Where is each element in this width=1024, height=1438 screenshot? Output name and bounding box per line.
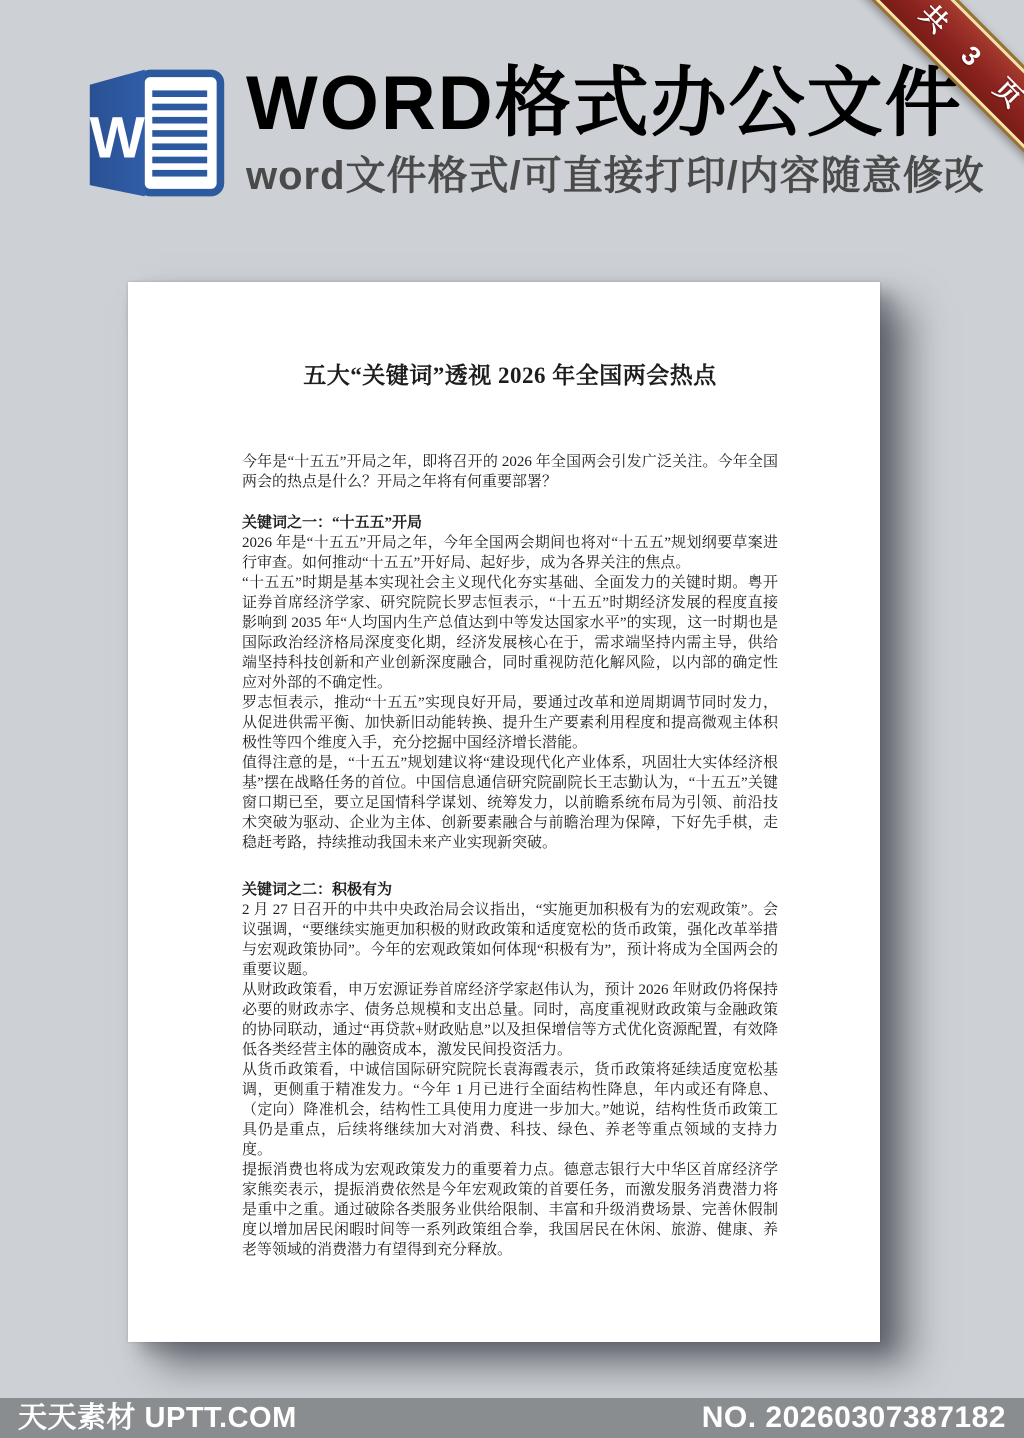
document-page: 五大“关键词”透视 2026 年全国两会热点 今年是“十五五”开局之年，即将召开… — [128, 282, 880, 1342]
site-name: 天天素材 UPTT.COM — [18, 1404, 297, 1433]
word-logo-icon: W — [86, 58, 228, 208]
section-keyword-1: 关键词之一：“十五五”开局 2026 年是“十五五”开局之年，今年全国两会期间也… — [242, 513, 778, 853]
serial-number: NO. 20260307387182 — [702, 1403, 1006, 1433]
section-2-paragraph-2: 从财政政策看，申万宏源证券首席经济学家赵伟认为，预计 2026 年财政仍将保持必… — [242, 980, 778, 1060]
section-2-paragraph-1: 2 月 27 日召开的中共中央政治局会议指出，“实施更加积极有为的宏观政策”。会… — [242, 900, 778, 980]
section-2-paragraph-3: 从货币政策看，中诚信国际研究院院长袁海霞表示，货币政策将延续适度宽松基调，更侧重… — [242, 1060, 778, 1160]
section-1-paragraph-4: 值得注意的是，“十五五”规划建议将“建设现代化产业体系，巩固壮大实体经济根基”摆… — [242, 753, 778, 853]
banner-text-block: WORD格式办公文件 word文件格式/可直接打印/内容随意修改 — [246, 66, 985, 196]
banner-subtitle: word文件格式/可直接打印/内容随意修改 — [246, 156, 985, 196]
intro-paragraph: 今年是“十五五”开局之年，即将召开的 2026 年全国两会引发广泛关注。今年全国… — [242, 452, 778, 492]
section-keyword-2: 关键词之二：积极有为 2 月 27 日召开的中共中央政治局会议指出，“实施更加积… — [242, 880, 778, 1260]
section-2-paragraph-4: 提振消费也将成为宏观政策发力的重要着力点。德意志银行大中华区首席经济学家熊奕表示… — [242, 1160, 778, 1260]
section-1-paragraph-2: “十五五”时期是基本实现社会主义现代化夯实基础、全面发力的关键时期。粤开证券首席… — [242, 573, 778, 693]
word-logo-letter: W — [90, 106, 146, 171]
section-1-paragraph-3: 罗志恒表示，推动“十五五”实现良好开局，要通过改革和逆周期调节同时发力，从促进供… — [242, 693, 778, 753]
promo-banner: W WORD格式办公文件 word文件格式/可直接打印/内容随意修改 — [0, 0, 1024, 262]
document-body: 今年是“十五五”开局之年，即将召开的 2026 年全国两会引发广泛关注。今年全国… — [242, 452, 778, 1260]
section-2-heading: 关键词之二：积极有为 — [242, 880, 778, 900]
banner-title: WORD格式办公文件 — [246, 66, 985, 142]
site-footer: 天天素材 UPTT.COM NO. 20260307387182 — [0, 1398, 1024, 1438]
section-1-heading: 关键词之一：“十五五”开局 — [242, 513, 778, 533]
section-1-paragraph-1: 2026 年是“十五五”开局之年，今年全国两会期间也将对“十五五”规划纲要草案进… — [242, 533, 778, 573]
document-title: 五大“关键词”透视 2026 年全国两会热点 — [242, 360, 778, 392]
promo-page: W WORD格式办公文件 word文件格式/可直接打印/内容随意修改 共 3 页… — [0, 0, 1024, 1438]
